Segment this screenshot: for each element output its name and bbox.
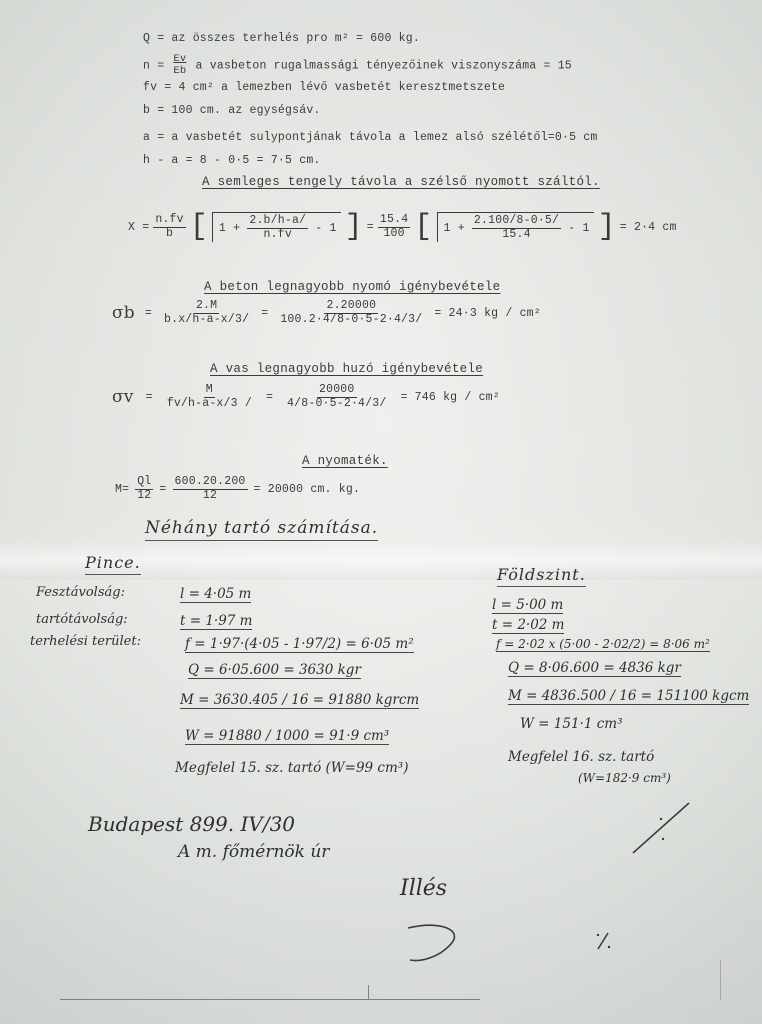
right-line-f: f = 2·02 x (5·00 - 2·02/2) = 8·06 m² <box>496 637 710 651</box>
frac-num: 15.4 <box>378 214 410 228</box>
def-q: Q = az összes terhelés pro m² = 600 kg. <box>143 32 420 45</box>
line-text: f = 1·97·(4·05 - 1·97/2) = 6·05 m² <box>185 636 414 653</box>
section1-formula: X = n.fvb [ 1 + 2.b/h-a/n.fv - 1 ] = 15.… <box>128 212 677 242</box>
fraction: n.fvb <box>153 214 185 240</box>
line-text: W = 91880 / 1000 = 91·9 cm³ <box>185 728 389 745</box>
left-line-l: l = 4·05 m <box>180 586 251 602</box>
label-span: Fesztávolság: <box>36 585 125 600</box>
def-n-prefix: n = <box>143 60 164 73</box>
right-margin-line <box>720 960 721 1000</box>
label-beam-spacing: tartótávolság: <box>36 612 128 627</box>
section2-formula: σb = 2.Mb.x/h-a-x/3/ = 2.20000100.2·4/8-… <box>112 300 541 326</box>
right-line-conclusion: Megfelel 16. sz. tartó <box>508 749 654 765</box>
signature-flourish <box>400 900 470 970</box>
equals: = <box>367 221 374 234</box>
def-fv: fv = 4 cm² a lemezben lévő vasbetét kere… <box>143 81 505 94</box>
frac-num: n.fv <box>153 214 185 228</box>
formula-result: = 746 kg / cm² <box>400 391 499 404</box>
frac-den: n.fv <box>262 229 294 242</box>
frac-num: 2.b/h-a/ <box>247 215 308 229</box>
sigma-b-symbol: σb <box>112 303 135 323</box>
line-text: Q = 6·05.600 = 3630 kgr <box>188 662 361 679</box>
section4-formula: M= Ql12 = 600.20.20012 = 20000 cm. kg. <box>115 476 360 502</box>
bottom-rule-tick <box>368 985 369 999</box>
fraction: 2.b/h-a/n.fv <box>247 215 308 241</box>
left-line-q: Q = 6·05.600 = 3630 kgr <box>188 662 361 678</box>
fraction: 200004/8-0·5-2·4/3/ <box>285 384 388 410</box>
frac-den: 12 <box>135 490 153 503</box>
sqrt-pre: 1 + <box>444 223 465 236</box>
left-line-t: t = 1·97 m <box>180 613 252 629</box>
bracket-close: ] <box>345 212 363 242</box>
def-n-fraction: Ev Eb <box>171 54 188 77</box>
left-line-conclusion: Megfelel 15. sz. tartó (W=99 cm³) <box>175 760 408 776</box>
line-text: f = 2·02 x (5·00 - 2·02/2) = 8·06 m² <box>496 637 710 652</box>
left-line-w: W = 91880 / 1000 = 91·9 cm³ <box>185 728 389 744</box>
frac-num: 600.20.200 <box>173 476 248 490</box>
frac-num: Ql <box>135 476 153 490</box>
addressee-line: A m. főmérnök úr <box>178 842 329 862</box>
line-text: M = 4836.500 / 16 = 151100 kgcm <box>508 688 749 705</box>
right-line-w: W = 151·1 cm³ <box>520 716 622 732</box>
right-line-t: t = 2·02 m <box>492 617 564 633</box>
line-text: l = 5·00 m <box>492 597 563 614</box>
minus-one: - 1 <box>315 223 336 236</box>
sqrt-pre: 1 + <box>219 223 240 236</box>
formula-result: = 20000 cm. kg. <box>254 483 361 496</box>
line-text: Q = 8·06.600 = 4836 kgr <box>508 660 681 677</box>
section3-formula: σv = Mfv/h-a-x/3 / = 200004/8-0·5-2·4/3/… <box>112 384 500 410</box>
right-heading: Földszint. <box>497 565 586 587</box>
line-text: t = 2·02 m <box>492 617 564 634</box>
def-a: a = a vasbetét sulypontjának távola a le… <box>143 131 597 144</box>
frac-num: M <box>204 384 215 398</box>
fraction: Ql12 <box>135 476 153 502</box>
formula-lhs: M= <box>115 483 129 496</box>
label-load-area: terhelési terület: <box>30 634 141 649</box>
bracket-close: ] <box>598 212 616 242</box>
frac-num: Ev <box>171 54 188 66</box>
line-text: M = 3630.405 / 16 = 91880 kgrcm <box>180 692 419 709</box>
section4-heading: A nyomaték. <box>302 454 388 468</box>
bracket-open: [ <box>414 212 432 242</box>
frac-den: Eb <box>171 66 188 78</box>
right-line-l: l = 5·00 m <box>492 597 563 613</box>
frac-den: 4/8-0·5-2·4/3/ <box>285 398 388 411</box>
section3-heading: A vas legnagyobb huzó igénybevétele <box>210 362 483 376</box>
sqrt: 1 + 2.b/h-a/n.fv - 1 <box>212 212 341 241</box>
frac-den: 100.2·4/8-0·5-2·4/3/ <box>278 314 424 327</box>
percent-mark <box>590 925 620 955</box>
sigma-v-symbol: σv <box>112 387 134 407</box>
line-text: l = 4·05 m <box>180 586 251 603</box>
def-n-rest: a vasbeton rugalmassági tényezőinek visz… <box>196 60 572 73</box>
right-line-m: M = 4836.500 / 16 = 151100 kgcm <box>508 688 749 704</box>
frac-den: 100 <box>381 228 406 241</box>
bottom-rule <box>60 999 480 1000</box>
frac-num: 20000 <box>317 384 357 398</box>
paper-background <box>0 0 762 1024</box>
right-line-q: Q = 8·06.600 = 4836 kgr <box>508 660 681 676</box>
fraction: 2.Mb.x/h-a-x/3/ <box>162 300 251 326</box>
frac-den: 15.4 <box>500 229 532 242</box>
section1-heading: A semleges tengely távola a szélső nyomo… <box>202 175 600 189</box>
frac-den: b <box>164 228 175 241</box>
frac-num: 2.20000 <box>324 300 378 314</box>
line-text: t = 1·97 m <box>180 613 252 630</box>
left-line-m: M = 3630.405 / 16 = 91880 kgrcm <box>180 692 419 708</box>
frac-den: b.x/h-a-x/3/ <box>162 314 251 327</box>
formula-result: = 24·3 kg / cm² <box>434 307 541 320</box>
frac-num: 2.M <box>194 300 219 314</box>
frac-num: 2.100/8-0·5/ <box>472 215 561 229</box>
frac-den: fv/h-a-x/3 / <box>165 398 254 411</box>
formula-lhs: X = <box>128 221 149 234</box>
slash-mark <box>625 795 695 860</box>
fraction: 2.20000100.2·4/8-0·5-2·4/3/ <box>278 300 424 326</box>
section2-heading: A beton legnagyobb nyomó igénybevétele <box>204 280 500 294</box>
fraction: 600.20.20012 <box>173 476 248 502</box>
def-n: n = Ev Eb a vasbeton rugalmassági tényez… <box>143 54 572 77</box>
left-heading: Pince. <box>85 553 141 575</box>
minus-one: - 1 <box>568 223 589 236</box>
frac-den: 12 <box>201 490 219 503</box>
def-b: b = 100 cm. az egységsáv. <box>143 104 321 117</box>
handwritten-title: Néhány tartó számítása. <box>145 518 378 541</box>
formula-result: = 2·4 cm <box>620 221 677 234</box>
signature: Illés <box>400 876 447 901</box>
place-date: Budapest 899. IV/30 <box>88 812 295 836</box>
fraction: 2.100/8-0·5/15.4 <box>472 215 561 241</box>
fraction: Mfv/h-a-x/3 / <box>165 384 254 410</box>
def-h-a: h - a = 8 - 0·5 = 7·5 cm. <box>143 154 321 167</box>
fraction: 15.4100 <box>378 214 410 240</box>
bracket-open: [ <box>190 212 208 242</box>
left-line-f: f = 1·97·(4·05 - 1·97/2) = 6·05 m² <box>185 636 414 652</box>
right-line-conclusion-w: (W=182·9 cm³) <box>578 771 671 785</box>
sqrt: 1 + 2.100/8-0·5/15.4 - 1 <box>437 212 594 241</box>
